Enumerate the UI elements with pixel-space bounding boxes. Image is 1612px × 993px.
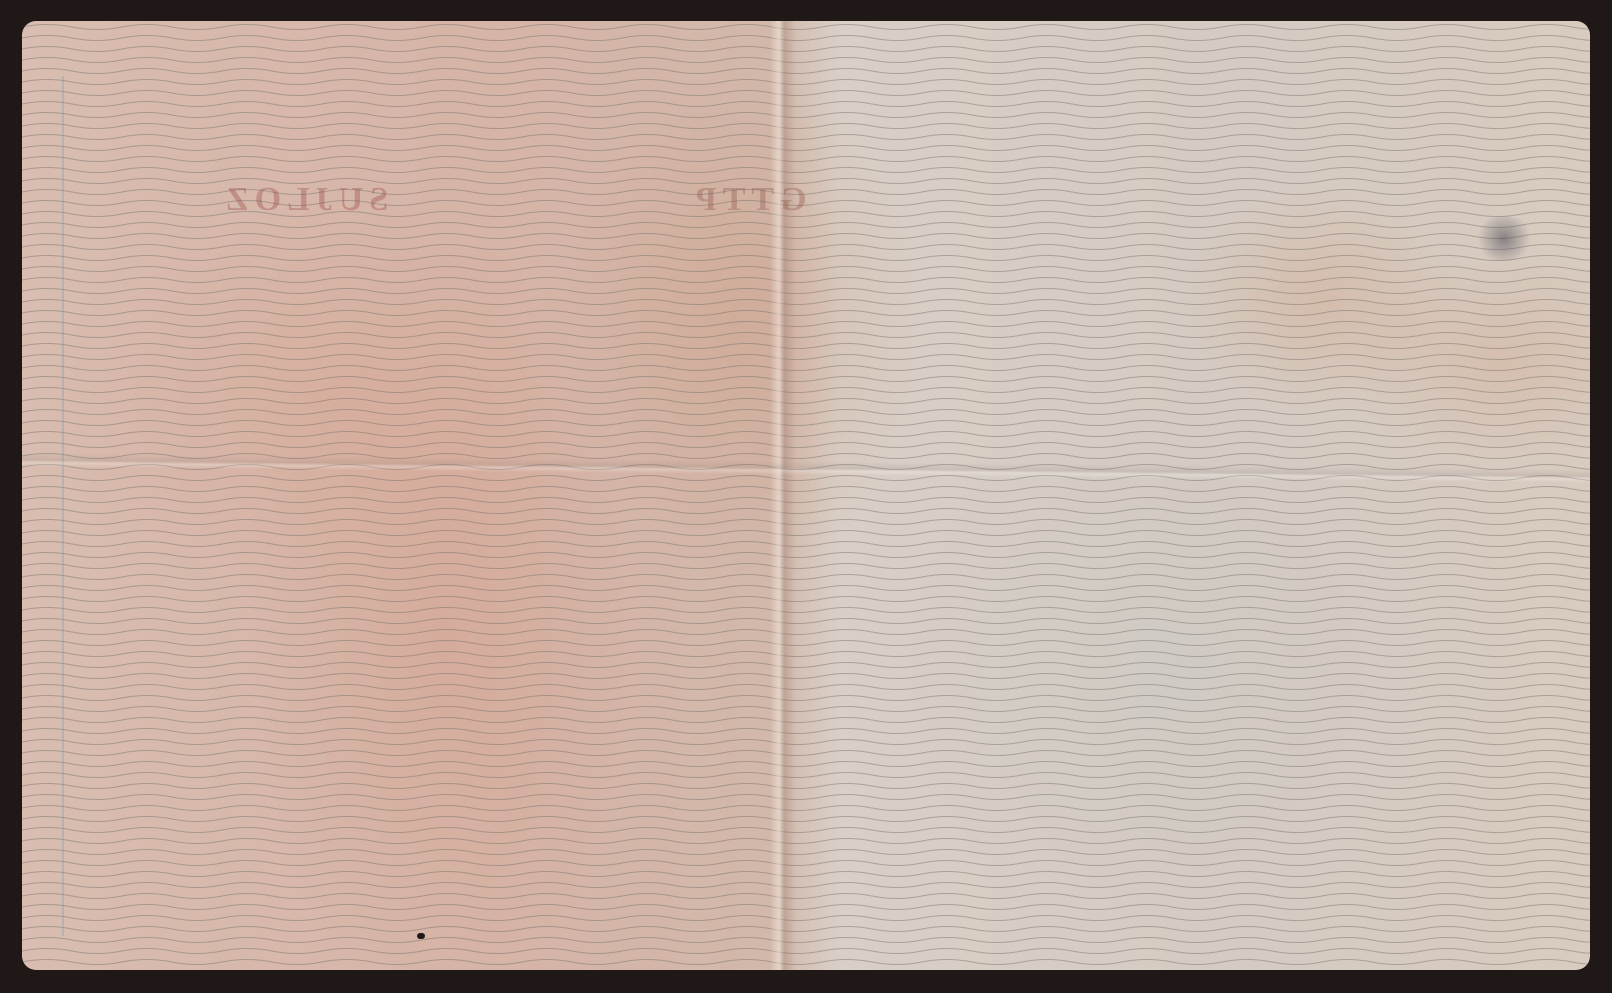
ink-stain xyxy=(1474,216,1534,261)
guilloche-wave-pattern xyxy=(22,21,1590,970)
edge-nick xyxy=(417,933,425,939)
show-through-value: GTTP xyxy=(690,181,807,219)
printed-frame-line xyxy=(62,76,64,936)
show-through-serial: SUJLOZ xyxy=(220,181,388,219)
banknote-back: SUJLOZ GTTP xyxy=(22,21,1590,970)
vertical-fold xyxy=(770,21,796,970)
